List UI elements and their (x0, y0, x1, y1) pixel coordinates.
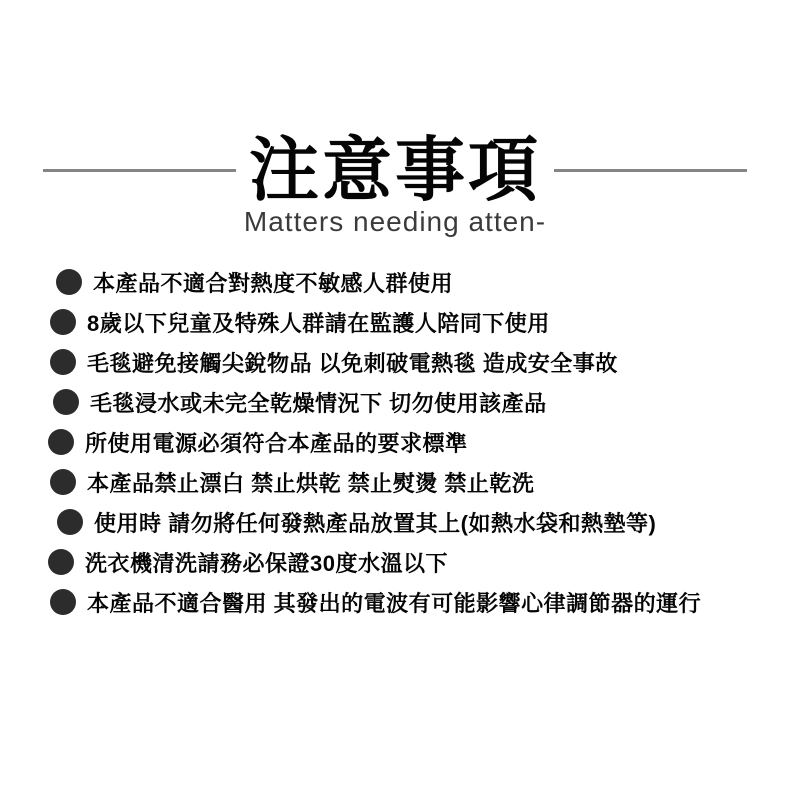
bullet-icon (50, 349, 76, 375)
notice-text: 使用時 請勿將任何發熱產品放置其上(如熱水袋和熱墊等) (94, 507, 656, 538)
list-item: 8歲以下兒童及特殊人群請在監護人陪同下使用 (48, 302, 701, 342)
notice-text: 8歲以下兒童及特殊人群請在監護人陪同下使用 (87, 307, 550, 338)
page-title: 注意事項 (249, 130, 541, 210)
bullet-icon (50, 469, 76, 495)
notice-page: 注意事項 Matters needing atten- 本產品不適合對熱度不敏感… (0, 0, 790, 793)
page-subtitle: Matters needing atten- (0, 206, 790, 238)
bullet-icon (48, 429, 74, 455)
title-divider-right (554, 169, 747, 172)
list-item: 本產品禁止漂白 禁止烘乾 禁止熨燙 禁止乾洗 (48, 462, 701, 502)
notice-text: 洗衣機清洗請務必保證30度水溫以下 (85, 547, 448, 578)
bullet-icon (57, 509, 83, 535)
list-item: 所使用電源必須符合本產品的要求標準 (48, 422, 701, 462)
notice-text: 本產品不適合醫用 其發出的電波有可能影響心律調節器的運行 (87, 587, 701, 618)
list-item: 毛毯避免接觸尖銳物品 以免刺破電熱毯 造成安全事故 (48, 342, 701, 382)
list-item: 毛毯浸水或未完全乾燥情況下 切勿使用該產品 (48, 382, 701, 422)
bullet-icon (56, 269, 82, 295)
notice-text: 本產品不適合對熱度不敏感人群使用 (93, 267, 453, 298)
notice-text: 毛毯浸水或未完全乾燥情況下 切勿使用該產品 (90, 387, 547, 418)
notice-text: 毛毯避免接觸尖銳物品 以免刺破電熱毯 造成安全事故 (87, 347, 618, 378)
list-item: 洗衣機清洗請務必保證30度水溫以下 (48, 542, 701, 582)
list-item: 本產品不適合醫用 其發出的電波有可能影響心律調節器的運行 (48, 582, 701, 622)
list-item: 本產品不適合對熱度不敏感人群使用 (48, 262, 701, 302)
bullet-icon (48, 549, 74, 575)
title-row: 注意事項 (0, 130, 790, 210)
bullet-icon (53, 389, 79, 415)
bullet-icon (50, 589, 76, 615)
title-divider-left (43, 169, 236, 172)
notice-text: 所使用電源必須符合本產品的要求標準 (85, 427, 468, 458)
notice-text: 本產品禁止漂白 禁止烘乾 禁止熨燙 禁止乾洗 (87, 467, 534, 498)
list-item: 使用時 請勿將任何發熱產品放置其上(如熱水袋和熱墊等) (48, 502, 701, 542)
page-header: 注意事項 Matters needing atten- (0, 130, 790, 238)
notice-list: 本產品不適合對熱度不敏感人群使用 8歲以下兒童及特殊人群請在監護人陪同下使用 毛… (48, 262, 701, 622)
bullet-icon (50, 309, 76, 335)
